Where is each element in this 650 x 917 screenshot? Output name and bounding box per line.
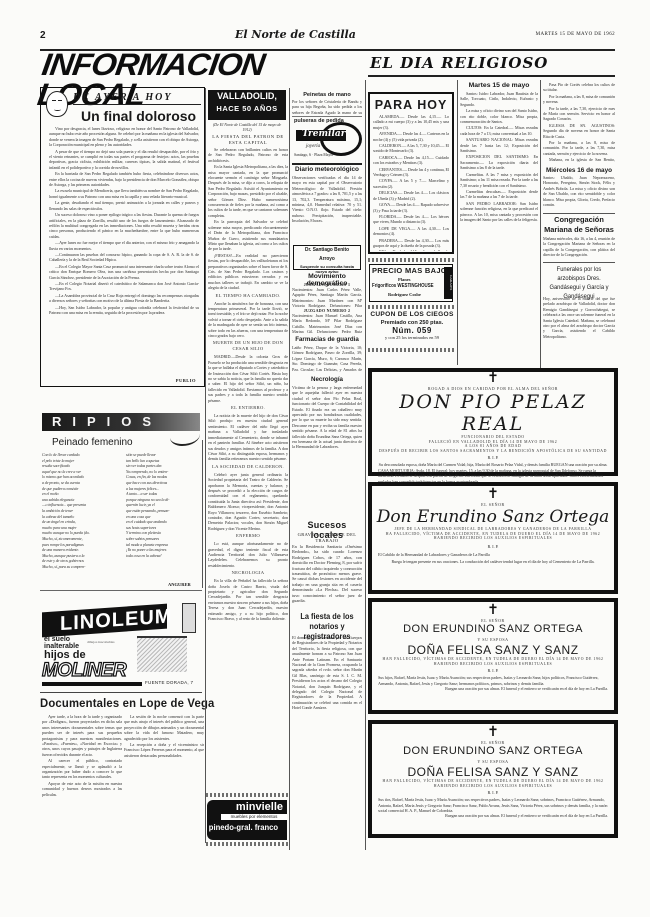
esquela-line: HAN FALLECIDO, VÍCTIMAS DE ACCIDENTE, EN… [372,779,614,784]
minvielle-top-border [206,793,288,797]
movimiento-2: Nacimientos: Juan Manuel Castillo, Ana M… [292,313,362,333]
documentales-headline: Documentales en Lope de Vega [40,696,195,710]
cupon-ciegos: CUPON DE LOS CIEGOS Premiado con 250 pta… [368,311,456,340]
hace50-kicker: VALLADOLID, [208,90,286,103]
paragraph: Mañana, en la iglesia de San Benito, com… [543,157,615,162]
paragraph: Carmelitas. A las 7 misa y exposición de… [460,172,538,188]
hace50-banner: VALLADOLID, HACE 50 AÑOS [208,90,286,120]
congregacion-title: Congregación Mariana de Señoras [543,215,615,234]
subsection-title: NECROLOGIA [208,570,288,576]
listing-item: PRADERA.— Desde las 4,30.— Los más guapo… [373,238,449,249]
esquela-rip: R. I. P. [372,790,614,795]
paragraph: La recepción a doña y el viceministro si… [124,742,204,758]
esquela-line: JEFE DE LA HERMANDAD SINDICAL DE LABRADO… [372,527,614,532]
movimiento-1: Nacimientos: Juan Carlos Pérez Valle, Ag… [292,287,362,308]
paragraph: La gente, desafiando el mal tiempo, pres… [49,200,199,211]
verse-line: que hace con sus directivas [126,481,202,486]
paragraph: Pasa Pío de Cortés celebra los cultos de… [543,82,615,93]
paragraph: Vino por desgracia, el lunes lluvioso, r… [49,126,199,148]
linoleum-small: dibujos inacabables [87,640,115,644]
doctor-notice: Dr. Santiago Benito Arroyo Suspende su c… [293,245,361,270]
ad-address: FUENTE DORADA, 7 [145,680,193,685]
religioso-col1: Santos: Isidro Labrador, Juan Bautista d… [460,91,538,368]
hace50-kicker2: HACE 50 AÑOS [208,103,286,115]
paragraph: CULTOS: En la Catedral.— Misas rezadas c… [460,125,538,136]
verse-line: sobre sabios pensares [126,537,202,542]
hace50-body: Se celebraron con brillantez cultos en h… [208,147,288,852]
subsection-title: EL TIEMPO HA CAMBIADO. [208,293,288,299]
pulseras-brand: Tremilar [302,129,345,139]
cupon-title: CUPON DE LOS CIEGOS [368,311,456,318]
documentales-body-right: La sesión de la noche comenzó con la par… [124,714,204,842]
paragraph: —Ayer lunes no fue mejor el tiempo que e… [49,240,199,251]
paragraph: Por la mañana, a las 8, misa de comunión… [543,140,615,156]
funerales-text: Hoy, aniversario de la muerte del que fu… [543,296,615,364]
cupon-line3: y con 25 los terminados en 59 [368,335,456,340]
esquela-name-2: DOÑA FELISA SANZ Y SANZ [372,765,614,779]
paragraph: —Hoy, San Isidro Labrador, la popular y … [49,305,199,316]
peinetas-title: Peinetas de mano [292,92,362,98]
esquela-details: Ruegan una oración por sus almas. El fun… [372,813,614,818]
minvielle-address: pinedo-gral. franco [207,820,279,834]
esquela-pelaz-real: ✝ ROGAD A DIOS EN CARIDAD POR EL ALMA DE… [368,368,618,476]
esquela-erundino-1: ✝ EL SEÑOR Don Erundino Sanz Ortega JEFE… [368,482,618,594]
ad-minvielle[interactable]: minvielle muebles por elementos pinedo-g… [207,800,287,840]
esquela-family: Sus tíos, Rafael, María Jesús, Isaac y M… [372,797,614,813]
linoleum-tagline-1: el suelo [44,636,70,643]
subsection-title: ENFERMO [208,533,288,539]
listing-item: CARIOCA.— Desde las 4,15.— Cuidado con l… [373,155,449,166]
esquela-name: DON ERUNDINO SANZ ORTEGA [372,745,614,758]
column-divider-3 [365,80,366,850]
sucesos-text: En la Residencia Sanitaria «Onésimo Redo… [292,544,362,610]
paragraph: SANTUARIO NACIONAL: Misas rezadas desde … [460,137,538,153]
cupon-bottom-border [368,348,454,352]
documentales-body-left: Ayer tarde, a la hora de la tarde y orga… [42,714,122,842]
esquela-line: DESPUÉS DE RECIBIR LOS SANTOS SACRAMENTO… [372,449,614,454]
ripios-bottom-rule [40,590,202,591]
ripios-illustration [170,426,200,446]
verse-line: la ambición de tener [42,509,124,514]
paragraph: En la parroquia del Salvador se celebró … [208,219,288,251]
paragraph: Carmelitas descalzas.— Exposición desde … [460,189,538,200]
listing-item: RIO.— Desde las 4,15.— Los caballos de l… [373,249,449,251]
listing-item: GOYA.— Desde las 4.— Rapado sobrevive (3… [373,202,449,213]
necrologia-title: Necrología [292,376,362,383]
paragraph: Ayer tarde, a la hora de la tarde y orga… [42,714,122,757]
paragraph: EXPOSICION DEL SANTISIMO: En Sacramento.… [460,154,538,170]
listing-item: CALDERON.— A las 5, 7,30 y 10,45.— El so… [373,143,449,154]
meteo-title: Diario meteorológico [292,166,362,173]
esquela-family: Sus hijos, Rafael, María Jesús, Isaac y … [372,675,614,686]
esquela-connector: Y SU ESPOSA [372,759,614,764]
esquela-details: Ruega le tengan presente en sus oracione… [372,557,614,564]
subsection-title: EL ENTIERRO. [208,405,288,411]
esquela-erundino-felisa-1: ✝ EL SEÑOR DON ERUNDINO SANZ ORTEGA Y SU… [368,598,618,714]
funerales-rule [543,262,615,263]
necrologia-text: Víctima de la penosa y larga enfermedad … [292,385,362,518]
cross-icon: ✝ [372,488,614,502]
subsection-text: La noticia de la muerte del hijo de don … [208,413,288,462]
pulseras-address: Santiago, 6 · Plaza Mayor [294,153,334,157]
paragraph: —En el Colegio Mayor Santa Cruz pronunci… [49,264,199,280]
sucesos-subhead: GRAVE ACCIDENTE DEL TRABAJO [292,532,362,543]
de-ayer-a-hoy-box: DE AYER A HOY Un final doloroso Vino por… [40,87,205,387]
caricature-icon [46,91,68,117]
listing-item: DELICIAS.— Desde las 4.— Los clásicos de… [373,190,449,201]
paragraph: Apoyar de este acto de la misión en nues… [42,781,122,797]
verse-line: Mucho, sí, zicomeramente, [42,537,124,542]
linoleum-title: LINOLEUM [60,605,172,636]
precio-top-border [368,258,454,262]
section-title-religious: EL DIA RELIGIOSO [370,54,615,72]
newspaper-name: El Norte de Castilla [235,28,356,41]
ad-precio-mas-bajo[interactable]: PRECIO MAS BAJO Planes Frigorificos WEST… [369,264,453,302]
esquela-rip: R. I. P. [372,544,614,549]
hace50-source: (De El Norte de Castilla del 15 de mayo … [208,122,286,134]
paragraph: IGLESIA DE SN. AGUSTINOS: Segundo día de… [543,123,615,139]
esquela-details: Ruegan una oración por sus almas. El fun… [372,686,614,691]
subsection-text: Anoche la atmósfera fue de bonanza, con … [208,301,288,339]
meteo-text: Observaciones verificadas el día 14 de m… [292,175,362,242]
congregacion-rule [543,213,615,214]
cross-icon: ✝ [372,372,614,386]
precio-line3: Frigorificos WESTINGHOUSE [372,283,434,289]
verse-line: Mucho, sí, para su compren- [42,565,124,570]
cupon-number: Núm. 059 [368,326,456,335]
paragraph: Por la tarde, a las 7,30, ejercicio de m… [543,106,615,122]
ripios-verses-left: Con lo de llevar cardadoel pelo triste l… [42,453,124,588]
listing-item: FLORIDA.— Desde las 4.— Los héroes que v… [373,214,449,225]
ripios-signature: ANGURER [168,582,191,587]
ripios-verses-right: sión se puede llevartan bello lun coquet… [126,453,202,578]
esquela-lines: HAN FALLECIDO, VÍCTIMAS DE ACCIDENTE, EN… [372,657,614,666]
paragraph: ¡FIESTAS!—En realidad no parecieron fies… [208,253,288,291]
paragraph: Al carecer el público, contratado especi… [42,758,122,780]
esquela-name: DON PIO PELAZ REAL [372,391,614,435]
doctor-name: Dr. Santiago Benito Arroyo [297,246,356,264]
verse-line: de una manera evidente. [42,548,124,553]
esquela-rip: R. I. P. [372,455,614,460]
cupon-top-border [368,305,454,309]
esquela-connector: Y SU ESPOSA [372,637,614,642]
pulseras-rule [292,163,362,165]
listing-item: LOPE DE VEGA.— A las 4,30.— Los demonios… [373,226,449,237]
esquela-line: HABIENDO RECIBIDO LOS AUXILIOS ESPIRITUA… [372,784,614,789]
precio-side: GARAJES [444,267,453,299]
column-kicker: DE AYER A HOY [73,92,201,105]
subsection-text: Celebró ayer junta general ordinaria la … [208,472,288,531]
ripios-headline: Peinado femenino [52,437,133,448]
farmacia-title: Farmacias de guardia [292,336,362,343]
precio-line1: PRECIO MAS BAJO [372,266,447,275]
religioso-divider [540,80,541,368]
precio-line4: Rodríguez Cosbe [388,292,421,297]
paragraph: A pesar de que el tiempo no dejó una sol… [49,149,199,171]
verse-line: toda cosa en la cabeza! [126,554,202,559]
religious-rule [368,75,615,77]
listing-item: COYPA.— A las 5 y 7.— Marcelino y sucesi… [373,178,449,189]
cross-icon: ✝ [372,604,614,618]
paragraph: —Continuaron las pruebas del concurso hí… [49,252,199,263]
esquela-line: HABIENDO RECIBIDO LOS AUXILIOS ESPIRITUA… [372,662,614,667]
minvielle-bottom-border [206,842,288,846]
ad-brand-moliner: MOLINER [42,660,126,682]
column-divider-2 [289,88,290,850]
esquela-lines: JEFE DE LA HERMANDAD SINDICAL DE LABRADO… [372,527,614,541]
column-headline: Un final doloroso [81,108,206,124]
farmacia-text: Laíño Pérez, Duque de la Victoria, 10; G… [292,345,362,373]
religioso-date-heading: Martes 15 de mayo [460,82,538,89]
ripios-border [202,440,203,588]
paragraph: Se celebraron con brillantez cultos en h… [208,147,288,163]
esquela-lines: FUNCIONARIO DEL ESTADOFALLECIÓ EN VALLAD… [372,435,614,453]
moliner-underline [42,682,142,686]
paragraph: En la barriada de San Pedro Regalado tam… [49,171,199,187]
esquela-rip: R. I. P. [372,668,614,673]
minvielle-brand: minvielle [207,800,287,814]
precio-line2: Planes [398,277,411,282]
esquela-line: HABIENDO RECIBIDO LOS AUXILIOS ESPIRITUA… [372,536,614,541]
paragraph: La misa y oficio divino son del Santo Is… [460,108,538,124]
esquela-erundino-felisa-2: ✝ EL SEÑOR DON ERUNDINO SANZ ORTEGA Y SU… [368,720,618,838]
esquela-name-2: DOÑA FELISA SANZ Y SANZ [372,643,614,657]
verse-line: ¡Ya no poner a las mujeres [126,548,202,553]
fiesta-text: El domingo 13 se celebró por los Cuerpos… [292,635,362,735]
linoleum-banner: LINOLEUM [42,604,167,638]
subsection-title: MUERTE DE UN HIJO DE DON CESAR SILIO [208,340,288,352]
pulseras-line3: joyería [306,144,320,149]
subsection-text: En la villa de Peñafiel ha fallecido la … [208,578,288,621]
para-hoy-title: PARA HOY [370,97,452,113]
ad-pulseras[interactable]: pulseras de pedida Tremilar joyería Sant… [292,117,362,162]
subsection-text: Lo está, aunque afortunadamente no de gr… [208,541,288,568]
column-signature: PUBLIO [176,378,196,383]
para-hoy-box: PARA HOY ALAMEDA.— Desde las 4,15.— Lo c… [368,92,454,254]
paragraph: Un suceso doloroso vino a poner epílogo … [49,212,199,239]
esquela-name: Don Erundino Sanz Ortega [372,507,614,527]
issue-date: MARTES 15 DE MAYO DE 1962 [536,32,615,37]
paragraph: SAN PEDRO LABRADOR: San Isidro solemne f… [460,201,538,223]
verse-line: Con lo de llevar cardado [42,453,124,458]
miercoles-text: Santos: Ubaldo, Juan Nepomuceno, Honorat… [543,175,615,212]
paragraph: La sesión de la noche comenzó con la par… [124,714,204,741]
subsection-text: MADRID.—Desde la colonia Gros de Pozuelo… [208,354,288,403]
listing-item: AVENIDA.— Desde las 4.— Carteras en la n… [373,131,449,142]
documentales-top-rule [40,692,202,693]
listing-item: ALAMEDA.— Desde las 4,15.— Lo callado a … [373,114,449,130]
peinetas-text: Por los señores de Cristalería de Bandu … [292,99,362,115]
ripios-title: RIPIOS [52,414,162,429]
paragraph: Por la mañana, a las 8, misa de comunión… [543,94,615,105]
paragraph: —En el Colegio Notarial disertó el cated… [49,281,199,292]
paragraph: En la Santa Iglesia Metropolitana, a las… [208,164,288,218]
esquela-line: HAN FALLECIDO, VÍCTIMAS DE ACCIDENTE, EN… [372,657,614,662]
listing-item: CERVANTES.— Desde las 4 y continua, El V… [373,167,449,178]
ad-linoleum[interactable]: LINOLEUM el suelo inalterable dibujos in… [42,598,202,688]
hace50-subhead: LA FIESTA DEL PATRON DE ESTA CAPITAL [212,134,284,145]
column-divider-1 [205,88,206,843]
verse-line: que están pensando, pensan- [126,509,202,514]
esquela-name: DON ERUNDINO SANZ ORTEGA [372,623,614,636]
cross-icon: ✝ [372,726,614,740]
religioso-col2: Pasa Pío de Cortés celebra los cultos de… [543,82,615,162]
para-hoy-list: ALAMEDA.— Desde las 4,15.— Lo callado a … [370,113,452,251]
esquela-lines: HAN FALLECIDO, VÍCTIMAS DE ACCIDENTE, EN… [372,779,614,788]
paragraph: La escuela municipal de Mendicería, que … [49,188,199,199]
subsection-title: LA SOCIEDAD DE CALDERON. [208,464,288,470]
paragraph: Santos: Isidro Labrador, Juan Bautista d… [460,91,538,107]
esquela-family: Su desconsolada esposa, doña María del C… [372,462,614,467]
column-divider-4 [457,80,458,365]
congregacion-text: Mañana miércoles, día 16, a las 4, reuni… [543,236,615,260]
verse-line: a de pronto, se da cuenta [42,481,124,486]
roof-illustration [137,636,187,672]
verse-line: sión se puede llevar [126,453,202,458]
pulseras-plate: Tremilar [296,130,346,141]
miercoles-heading: Miércoles 16 de mayo [543,167,615,174]
column-body: Vino por desgracia, el lunes lluvioso, r… [49,126,199,374]
page-number: 2 [40,30,46,41]
paragraph: —La Asamblea provincial de la Cruz Roja … [49,293,199,304]
ad-logo-icon [182,603,196,633]
